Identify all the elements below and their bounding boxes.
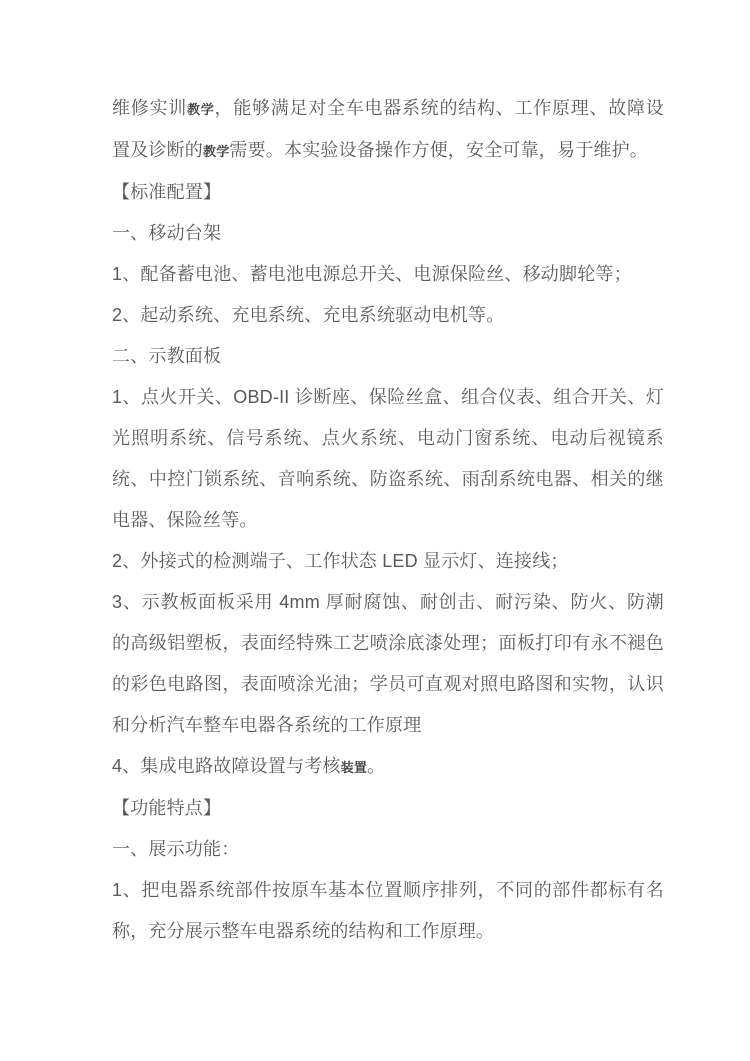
text-run: 二、示教面板 <box>112 346 221 366</box>
text-run: 一、移动台架 <box>112 223 221 243</box>
section-heading: 【标准配置】 <box>112 172 664 213</box>
sub-heading: 一、移动台架 <box>112 213 664 254</box>
body-paragraph: 维修实训教学，能够满足对全车电器系统的结构、工作原理、故障设置及诊断的教学需要。… <box>112 88 664 172</box>
list-item: 4、集成电路故障设置与考核装置。 <box>112 746 664 788</box>
list-item: 1、点火开关、OBD-II 诊断座、保险丝盒、组合仪表、组合开关、灯光照明系统、… <box>112 377 664 541</box>
list-item: 1、配备蓄电池、蓄电池电源总开关、电源保险丝、移动脚轮等； <box>112 254 664 295</box>
text-run-small: 教学 <box>203 144 229 159</box>
text-run: 【标准配置】 <box>112 182 221 202</box>
text-run-small: 教学 <box>187 102 215 117</box>
list-item: 3、示教板面板采用 4mm 厚耐腐蚀、耐创击、耐污染、防火、防潮的高级铝塑板，表… <box>112 582 664 746</box>
document-page: 维修实训教学，能够满足对全车电器系统的结构、工作原理、故障设置及诊断的教学需要。… <box>0 0 750 1061</box>
text-run: 2、起动系统、充电系统、充电系统驱动电机等。 <box>112 305 504 325</box>
text-run: 。 <box>367 756 385 776</box>
text-run: 1、把电器系统部件按原车基本位置顺序排列，不同的部件都标有名称，充分展示整车电器… <box>112 880 664 941</box>
text-run: 1、配备蓄电池、蓄电池电源总开关、电源保险丝、移动脚轮等； <box>112 264 632 284</box>
text-run: 维修实训 <box>112 98 187 118</box>
list-item: 2、起动系统、充电系统、充电系统驱动电机等。 <box>112 295 664 336</box>
document-body: 维修实训教学，能够满足对全车电器系统的结构、工作原理、故障设置及诊断的教学需要。… <box>112 88 664 952</box>
text-run: 1、点火开关、OBD-II 诊断座、保险丝盒、组合仪表、组合开关、灯光照明系统、… <box>112 387 664 530</box>
section-heading: 【功能特点】 <box>112 788 664 829</box>
list-item: 1、把电器系统部件按原车基本位置顺序排列，不同的部件都标有名称，充分展示整车电器… <box>112 870 664 952</box>
text-run: 【功能特点】 <box>112 798 221 818</box>
text-run: 4、集成电路故障设置与考核 <box>112 756 341 776</box>
text-run: 2、外接式的检测端子、工作状态 LED 显示灯、连接线； <box>112 551 569 571</box>
text-run: 需要。本实验设备操作方便，安全可靠，易于维护。 <box>229 140 648 160</box>
text-run: 一、展示功能： <box>112 839 239 859</box>
text-run-small: 装置 <box>341 760 367 775</box>
list-item: 2、外接式的检测端子、工作状态 LED 显示灯、连接线； <box>112 541 664 582</box>
sub-heading: 二、示教面板 <box>112 336 664 377</box>
text-run: 3、示教板面板采用 4mm 厚耐腐蚀、耐创击、耐污染、防火、防潮的高级铝塑板，表… <box>112 592 664 735</box>
sub-heading: 一、展示功能： <box>112 829 664 870</box>
